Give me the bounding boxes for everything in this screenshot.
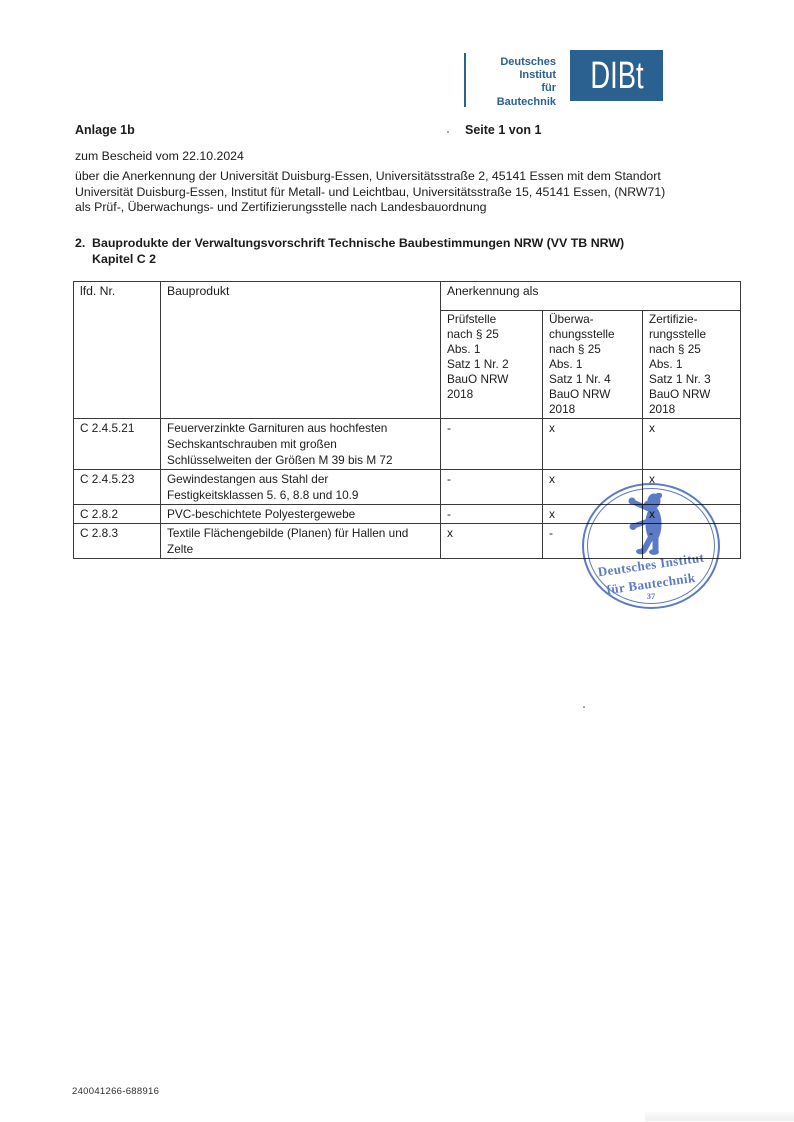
dibt-round-stamp: Deutsches Institut für Bautechnik 37 <box>582 483 720 609</box>
page-number-label: Seite 1 von 1 <box>465 123 541 137</box>
row-product: Textile Flächengebilde (Planen) für Hall… <box>161 524 441 559</box>
row-pruefstelle-mark: - <box>441 505 543 524</box>
annex-label: Anlage 1b <box>75 123 135 137</box>
section-subtitle: Kapitel C 2 <box>92 252 735 268</box>
recognition-paragraph: über die Anerkennung der Universität Dui… <box>75 169 740 216</box>
section-heading: 2. Bauprodukte der Verwaltungsvorschrift… <box>75 236 735 267</box>
stamp-number: 37 <box>582 591 720 601</box>
col-header-lfd-nr: lfd. Nr. <box>74 282 161 419</box>
row-product: Gewindestangen aus Stahl der Festigkeits… <box>161 470 441 505</box>
logo-line-4: Bautechnik <box>474 96 556 109</box>
row-zertifizierung-mark: x <box>643 419 741 470</box>
row-id: C 2.4.5.23 <box>74 470 161 505</box>
row-pruefstelle-mark: - <box>441 470 543 505</box>
subheader-pruefstelle: Prüfstelle nach § 25 Abs. 1 Satz 1 Nr. 2… <box>441 311 543 419</box>
col-header-bauprodukt: Bauprodukt <box>161 282 441 419</box>
section-number: 2. <box>75 236 92 252</box>
logo-line-2: Institut <box>474 69 556 82</box>
row-product: Feuerverzinkte Garnituren aus hochfesten… <box>161 419 441 470</box>
scan-speck <box>447 131 449 133</box>
scan-artifact-bar <box>645 1112 794 1121</box>
scan-speck <box>583 706 585 708</box>
row-pruefstelle-mark: - <box>441 419 543 470</box>
logo-vertical-rule <box>464 53 466 107</box>
row-ueberwachung-mark: x <box>543 419 643 470</box>
row-id: C 2.8.2 <box>74 505 161 524</box>
row-id: C 2.8.3 <box>74 524 161 559</box>
logo-institute-name: Deutsches Institut für Bautechnik <box>474 56 556 109</box>
logo-line-3: für <box>474 82 556 95</box>
dibt-logo: Deutsches Institut für Bautechnik DIBt <box>464 50 663 109</box>
row-id: C 2.4.5.21 <box>74 419 161 470</box>
section-title: Bauprodukte der Verwaltungsvorschrift Te… <box>92 236 624 252</box>
row-pruefstelle-mark: x <box>441 524 543 559</box>
col-header-anerkennung: Anerkennung als <box>441 282 741 311</box>
berlin-bear-icon <box>624 493 668 555</box>
dibt-acronym: DIBt <box>590 57 643 95</box>
subheader-ueberwachungsstelle: Überwa- chungsstelle nach § 25 Abs. 1 Sa… <box>543 311 643 419</box>
subheader-zertifizierungsstelle: Zertifizie- rungsstelle nach § 25 Abs. 1… <box>643 311 741 419</box>
dibt-logo-box: DIBt <box>570 50 663 101</box>
logo-line-1: Deutsches <box>474 56 556 69</box>
decision-date-line: zum Bescheid vom 22.10.2024 <box>75 149 244 163</box>
document-reference-number: 240041266-688916 <box>72 1086 159 1097</box>
table-row: C 2.4.5.21 Feuerverzinkte Garnituren aus… <box>74 419 741 470</box>
row-product: PVC-beschichtete Polyestergewebe <box>161 505 441 524</box>
document-page: Deutsches Institut für Bautechnik DIBt A… <box>0 0 794 1122</box>
